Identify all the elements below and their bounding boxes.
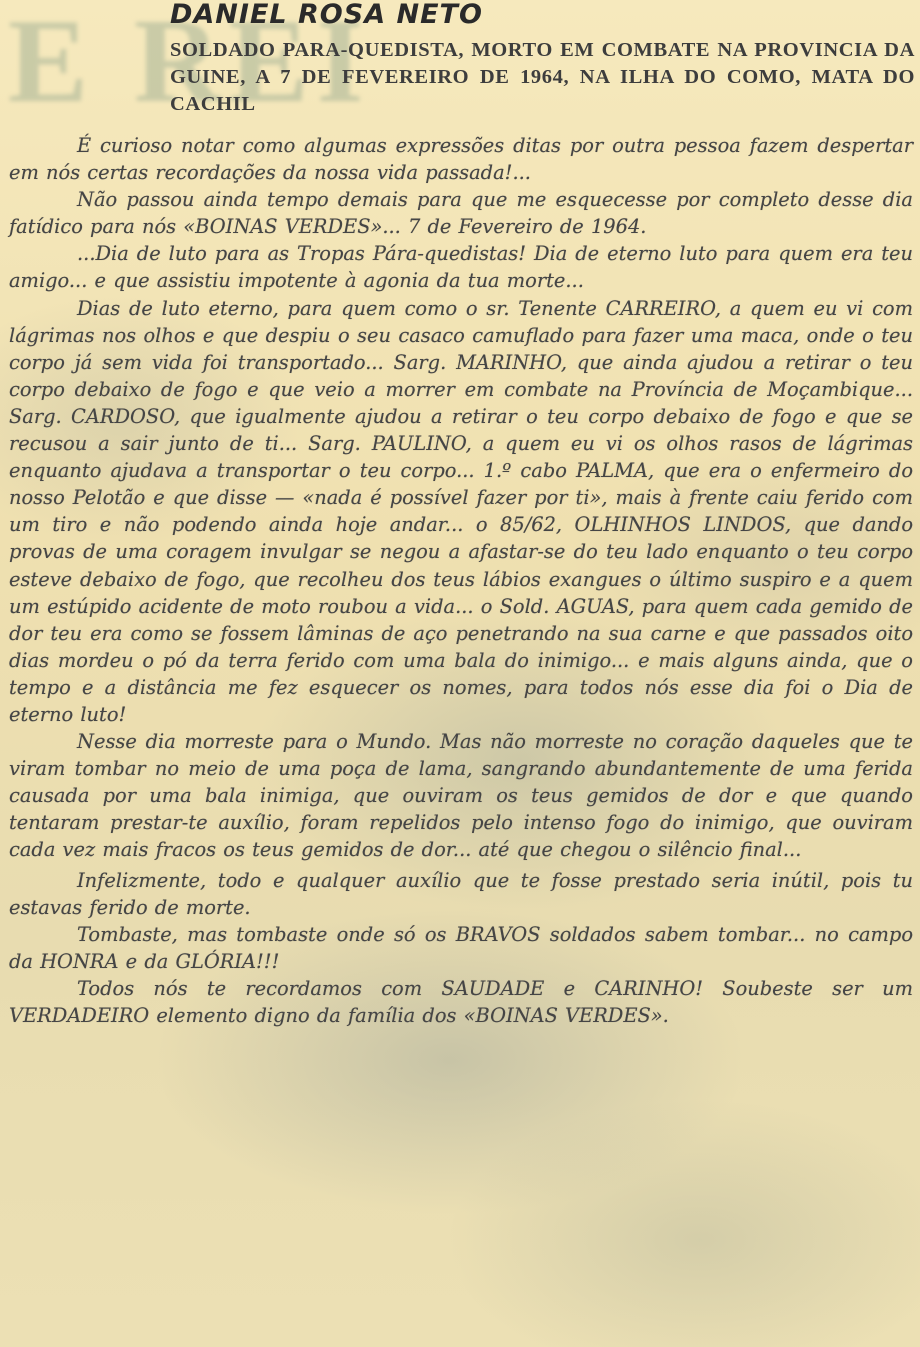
paragraph-remembrance: Todos nós te recordamos com SAUDADE e CA… — [9, 975, 913, 1029]
article-title-name: DANIEL ROSA NETO — [170, 0, 915, 30]
article-subtitle: SOLDADO PARA-QUEDISTA, MORTO EM COMBATE … — [170, 37, 915, 118]
paragraph-comrades: Dias de luto eterno, para quem como o sr… — [9, 295, 913, 729]
paragraph-bravos: Tombaste, mas tombaste onde só os BRAVOS… — [9, 921, 913, 975]
paragraph-intro: É curioso notar como algumas expressões … — [9, 132, 913, 186]
article-header: DANIEL ROSA NETO SOLDADO PARA-QUEDISTA, … — [170, 0, 915, 118]
paragraph-date: Não passou ainda tempo demais para que m… — [9, 186, 913, 240]
paragraph-mourning: ...Dia de luto para as Tropas Pára-quedi… — [9, 240, 913, 294]
paragraph-death: Nesse dia morreste para o Mundo. Mas não… — [9, 728, 913, 863]
paragraph-futile-help: Infelizmente, todo e qualquer auxílio qu… — [9, 867, 913, 921]
article-body: É curioso notar como algumas expressões … — [9, 132, 913, 1029]
